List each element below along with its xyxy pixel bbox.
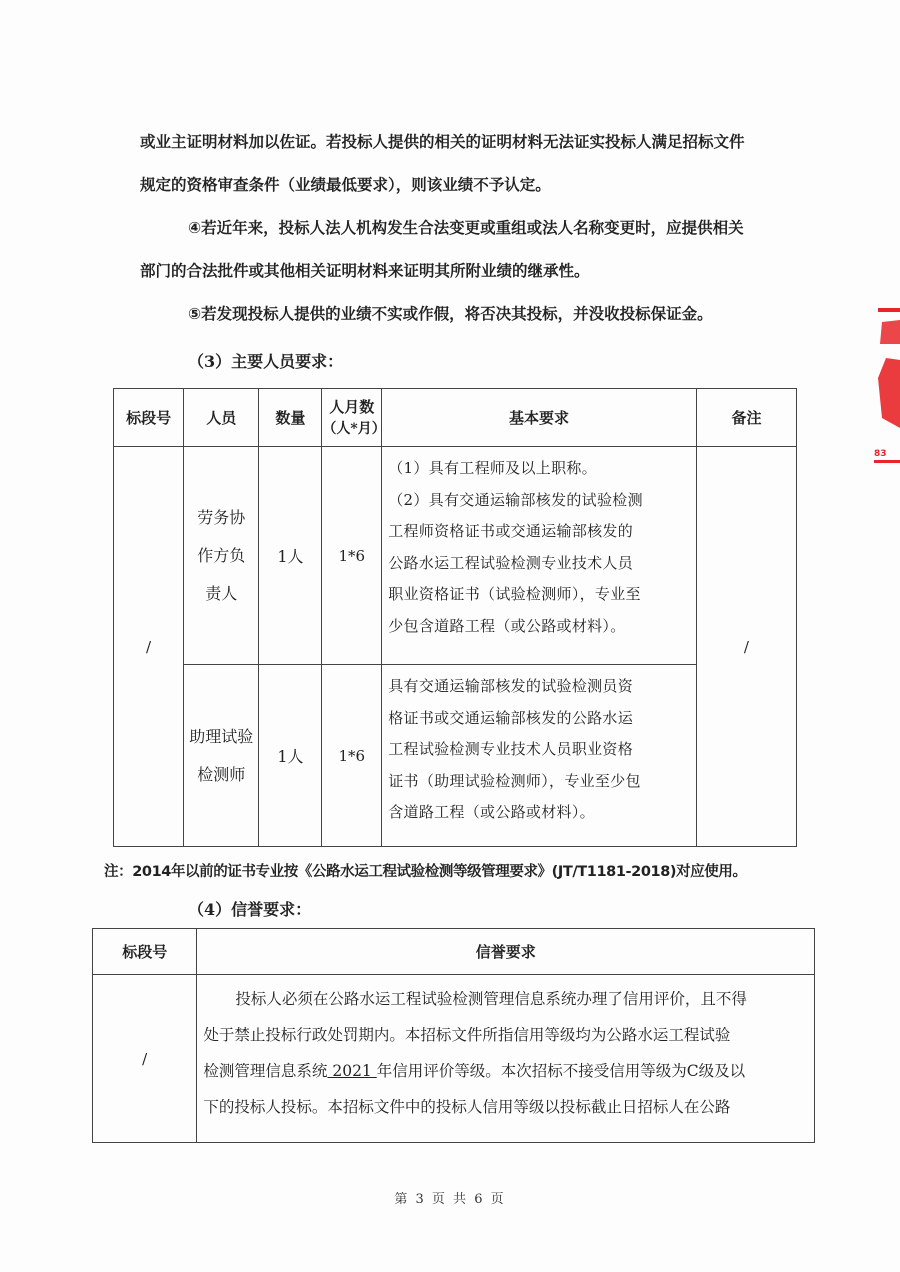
header-requirements: 基本要求	[382, 389, 697, 447]
svg-text:83: 83	[874, 449, 887, 459]
personnel-table: 标段号 人员 数量 人月数 （人*月） 基本要求 备注 / 劳务协 作方负 责人…	[113, 388, 797, 847]
role-line: 检测师	[184, 756, 258, 794]
section-heading-personnel: （3）主要人员要求：	[188, 349, 343, 372]
section-no-cell: /	[114, 447, 184, 847]
section-no-cell: /	[93, 975, 197, 1143]
requirement-line: 工程试验检测专业技术人员职业资格	[388, 734, 692, 766]
requirement-line: 职业资格证书（试验检测师），专业至	[388, 579, 692, 611]
credit-line: 处于禁止投标行政处罚期内。本招标文件所指信用等级均为公路水运工程试验	[203, 1017, 808, 1053]
requirement-line: （2）具有交通运输部核发的试验检测	[388, 485, 692, 517]
table-row: / 投标人必须在公路水运工程试验检测管理信息系统办理了信用评价，且不得 处于禁止…	[93, 975, 815, 1143]
credit-table: 标段号 信誉要求 / 投标人必须在公路水运工程试验检测管理信息系统办理了信用评价…	[92, 928, 815, 1143]
credit-text: 年信用评价等级。本次招标不接受信用等级为C级及以	[377, 1062, 745, 1080]
credit-line: 下的投标人投标。本招标文件中的投标人信用等级以投标截止日招标人在公路	[203, 1089, 808, 1125]
role-line: 助理试验	[184, 718, 258, 756]
quantity-cell: 1人	[259, 447, 322, 665]
header-person-months-line2: （人*月）	[322, 418, 381, 440]
role-line: 责人	[184, 575, 258, 613]
red-seal-stamp-icon: 83	[872, 298, 900, 468]
header-section-no: 标段号	[114, 389, 184, 447]
paragraph-line: ④若近年来，投标人法人机构发生合法变更或重组或法人名称变更时，应提供相关	[188, 217, 868, 239]
role-line: 劳务协	[184, 499, 258, 537]
header-remarks: 备注	[696, 389, 796, 447]
requirement-line: 格证书或交通运输部核发的公路水运	[388, 703, 692, 735]
person-months-cell: 1*6	[322, 447, 382, 665]
table-row: 助理试验 检测师 1人 1*6 具有交通运输部核发的试验检测员资 格证书或交通运…	[114, 665, 797, 847]
paragraph-line: ⑤若发现投标人提供的业绩不实或作假，将否决其投标，并没收投标保证金。	[188, 303, 868, 325]
header-quantity: 数量	[259, 389, 322, 447]
header-personnel: 人员	[184, 389, 259, 447]
header-person-months-line1: 人月数	[322, 396, 381, 418]
requirement-line: （1）具有工程师及以上职称。	[388, 453, 692, 485]
credit-line: 检测管理信息系统 2021 年信用评价等级。本次招标不接受信用等级为C级及以	[203, 1053, 808, 1089]
requirement-line: 具有交通运输部核发的试验检测员资	[388, 671, 692, 703]
requirement-line: 公路水运工程试验检测专业技术人员	[388, 548, 692, 580]
role-cell: 助理试验 检测师	[184, 665, 259, 847]
requirement-line: 少包含道路工程（或公路或材料）。	[388, 611, 692, 643]
paragraph-line: 规定的资格审查条件（业绩最低要求），则该业绩不予认定。	[140, 174, 820, 196]
requirement-line: 含道路工程（或公路或材料）。	[388, 797, 692, 829]
requirement-line: 工程师资格证书或交通运输部核发的	[388, 516, 692, 548]
certificate-note: 注：2014年以前的证书专业按《公路水运工程试验检测等级管理要求》(JT/T11…	[104, 860, 747, 881]
table-header-row: 标段号 信誉要求	[93, 929, 815, 975]
remark-cell: /	[696, 447, 796, 847]
requirement-line: 证书（助理试验检测师），专业至少包	[388, 766, 692, 798]
page-footer: 第 3 页 共 6 页	[0, 1188, 900, 1207]
paragraph-line: 部门的合法批件或其他相关证明材料来证明其所附业绩的继承性。	[140, 260, 820, 282]
header-credit-requirement: 信誉要求	[197, 929, 815, 975]
person-months-cell: 1*6	[322, 665, 382, 847]
table-row: / 劳务协 作方负 责人 1人 1*6 （1）具有工程师及以上职称。 （2）具有…	[114, 447, 797, 665]
section-heading-credit: （4）信誉要求：	[188, 897, 311, 920]
requirement-cell: 具有交通运输部核发的试验检测员资 格证书或交通运输部核发的公路水运 工程试验检测…	[382, 665, 697, 847]
header-section-no: 标段号	[93, 929, 197, 975]
table-header-row: 标段号 人员 数量 人月数 （人*月） 基本要求 备注	[114, 389, 797, 447]
paragraph-line: 或业主证明材料加以佐证。若投标人提供的相关的证明材料无法证实投标人满足招标文件	[140, 131, 820, 153]
role-line: 作方负	[184, 537, 258, 575]
header-person-months: 人月数 （人*月）	[322, 389, 382, 447]
credit-line: 投标人必须在公路水运工程试验检测管理信息系统办理了信用评价，且不得	[203, 981, 808, 1017]
requirement-cell: （1）具有工程师及以上职称。 （2）具有交通运输部核发的试验检测 工程师资格证书…	[382, 447, 697, 665]
credit-text: 检测管理信息系统	[203, 1062, 327, 1080]
credit-year: 2021	[327, 1062, 376, 1080]
quantity-cell: 1人	[259, 665, 322, 847]
credit-requirement-cell: 投标人必须在公路水运工程试验检测管理信息系统办理了信用评价，且不得 处于禁止投标…	[197, 975, 815, 1143]
role-cell: 劳务协 作方负 责人	[184, 447, 259, 665]
